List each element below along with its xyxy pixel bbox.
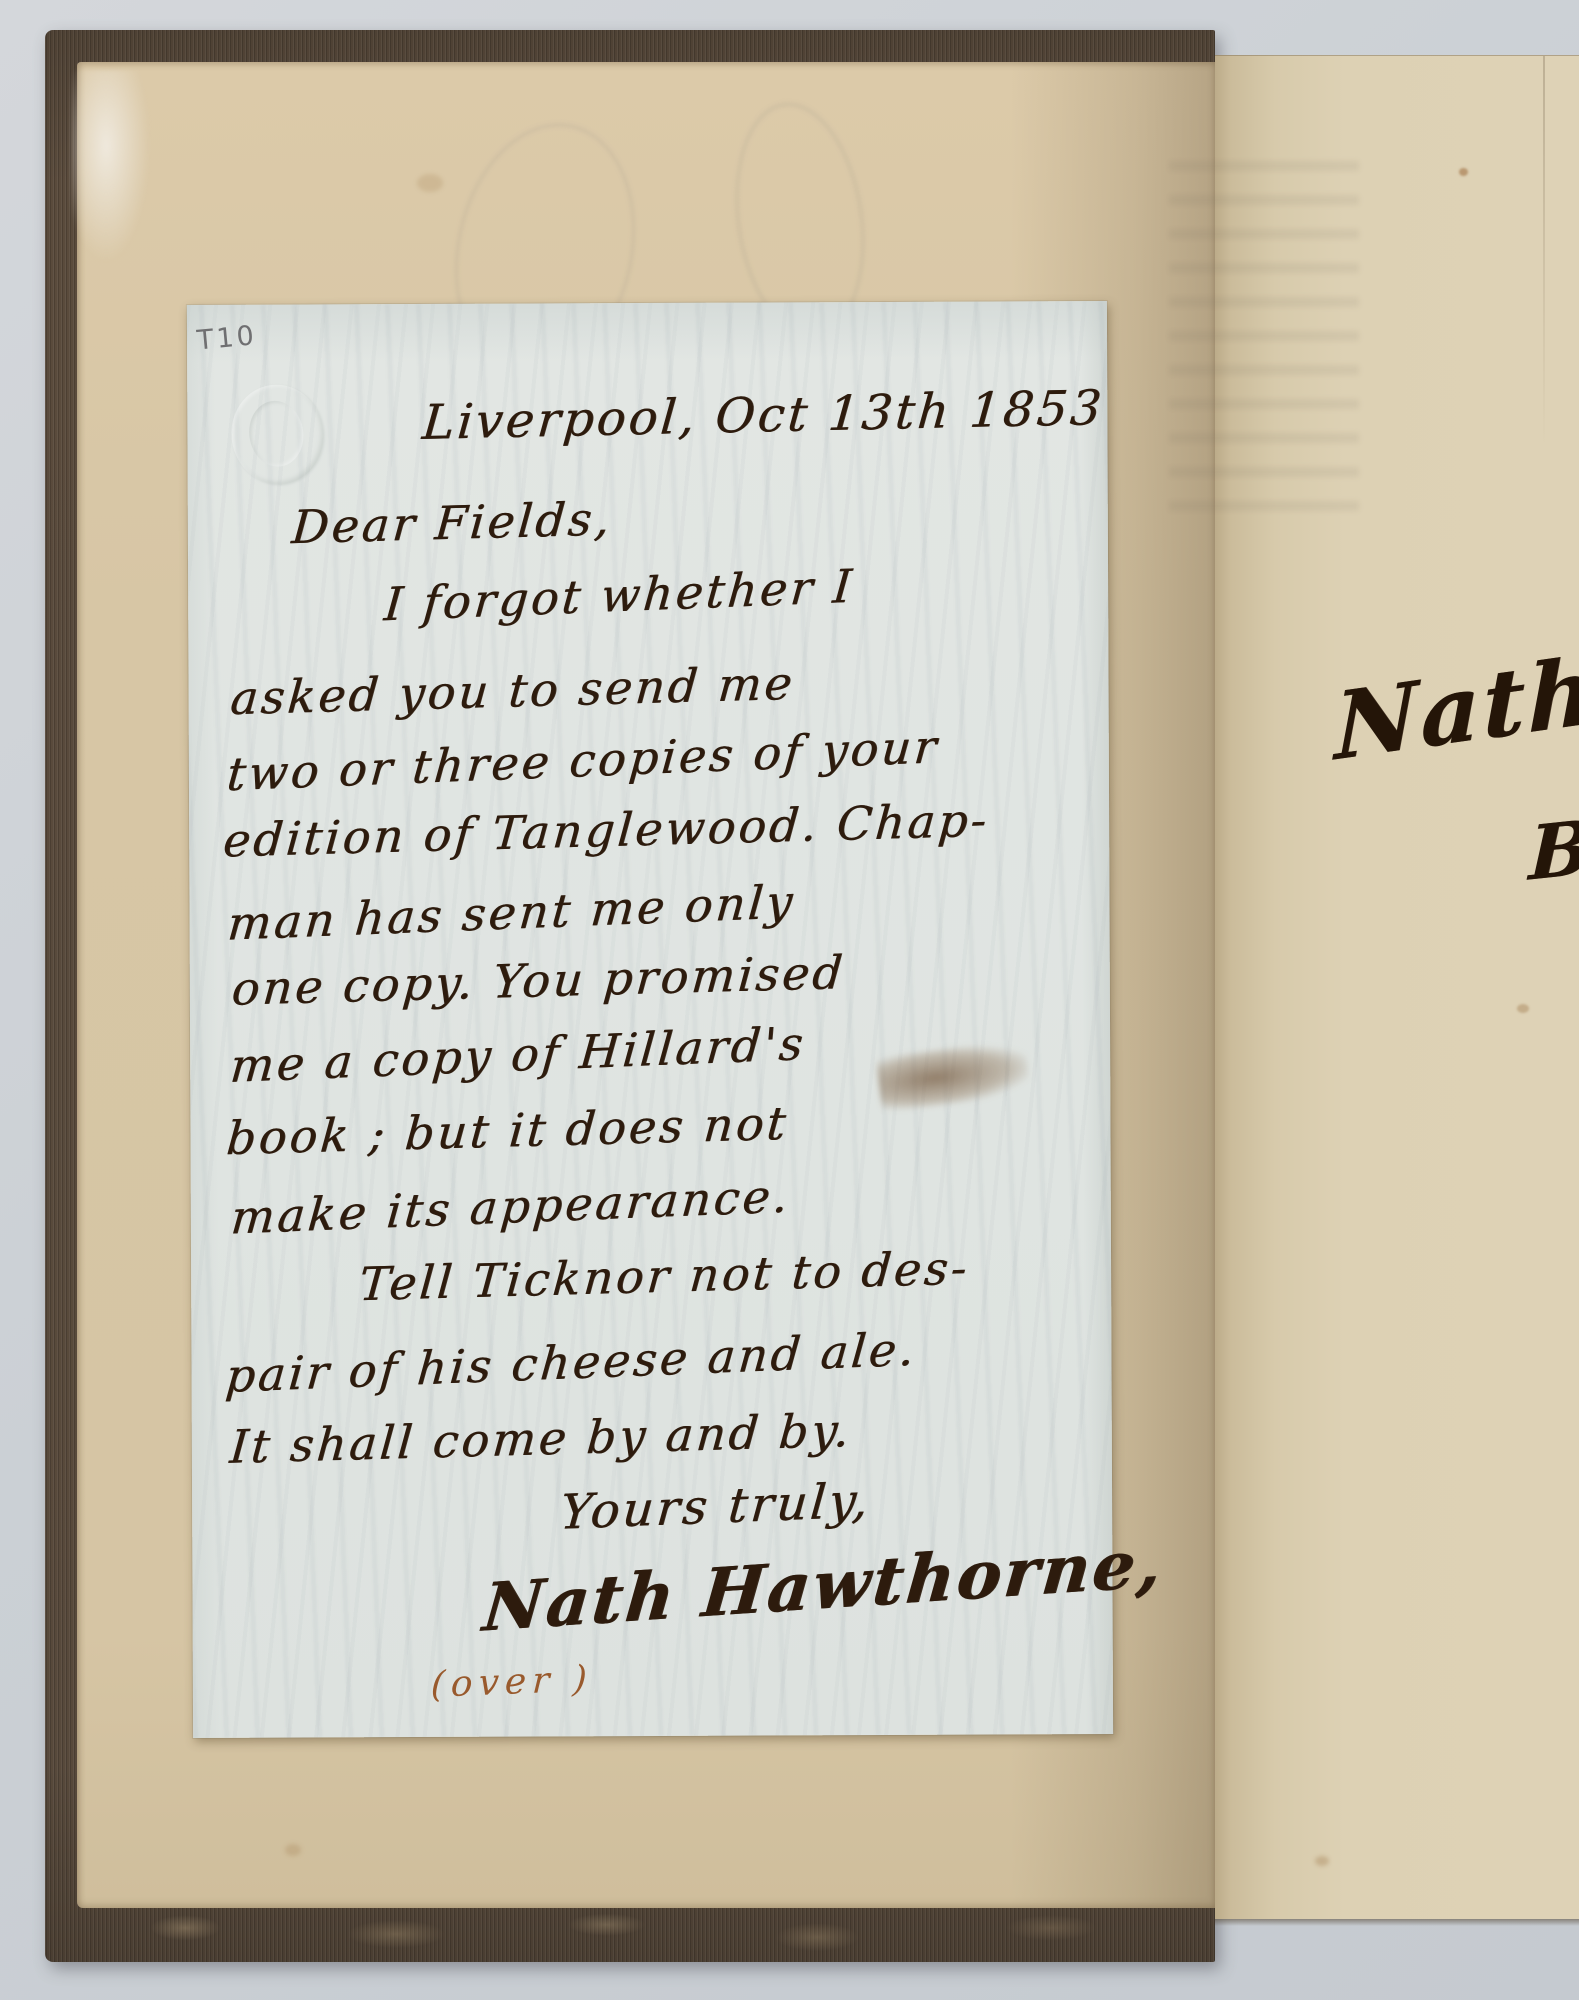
- flyleaf-bottom-shadow: [1215, 1919, 1579, 1926]
- embossed-stamp-crest: [245, 397, 308, 470]
- flyleaf-inscription-line2: B: [1528, 804, 1579, 898]
- page-edge-line: [1543, 56, 1545, 446]
- letter-over-note: (over ): [430, 1658, 594, 1705]
- photograph-backdrop: T10 Liverpool, Oct 13th 1853 Dear Fields…: [0, 0, 1579, 2000]
- pencil-shelfmark: T10: [196, 320, 258, 356]
- print-bleedthrough: [1169, 161, 1359, 521]
- foxing-spot: [1517, 1004, 1529, 1013]
- mounted-letter: T10 Liverpool, Oct 13th 1853 Dear Fields…: [187, 301, 1113, 1738]
- flyleaf-inscription-line1: Nathl: [1334, 630, 1579, 781]
- letter-salutation: Dear Fields,: [290, 491, 614, 554]
- flyleaf-page: Nathl B: [1215, 55, 1579, 1919]
- cloth-glue-mottling: [45, 1900, 1215, 1962]
- foxing-spot: [1459, 168, 1468, 176]
- foxing-spot: [285, 1844, 301, 1856]
- foxing-spot: [1315, 1856, 1329, 1866]
- foxing-spot: [417, 174, 443, 192]
- abrasion-mark: [71, 70, 149, 260]
